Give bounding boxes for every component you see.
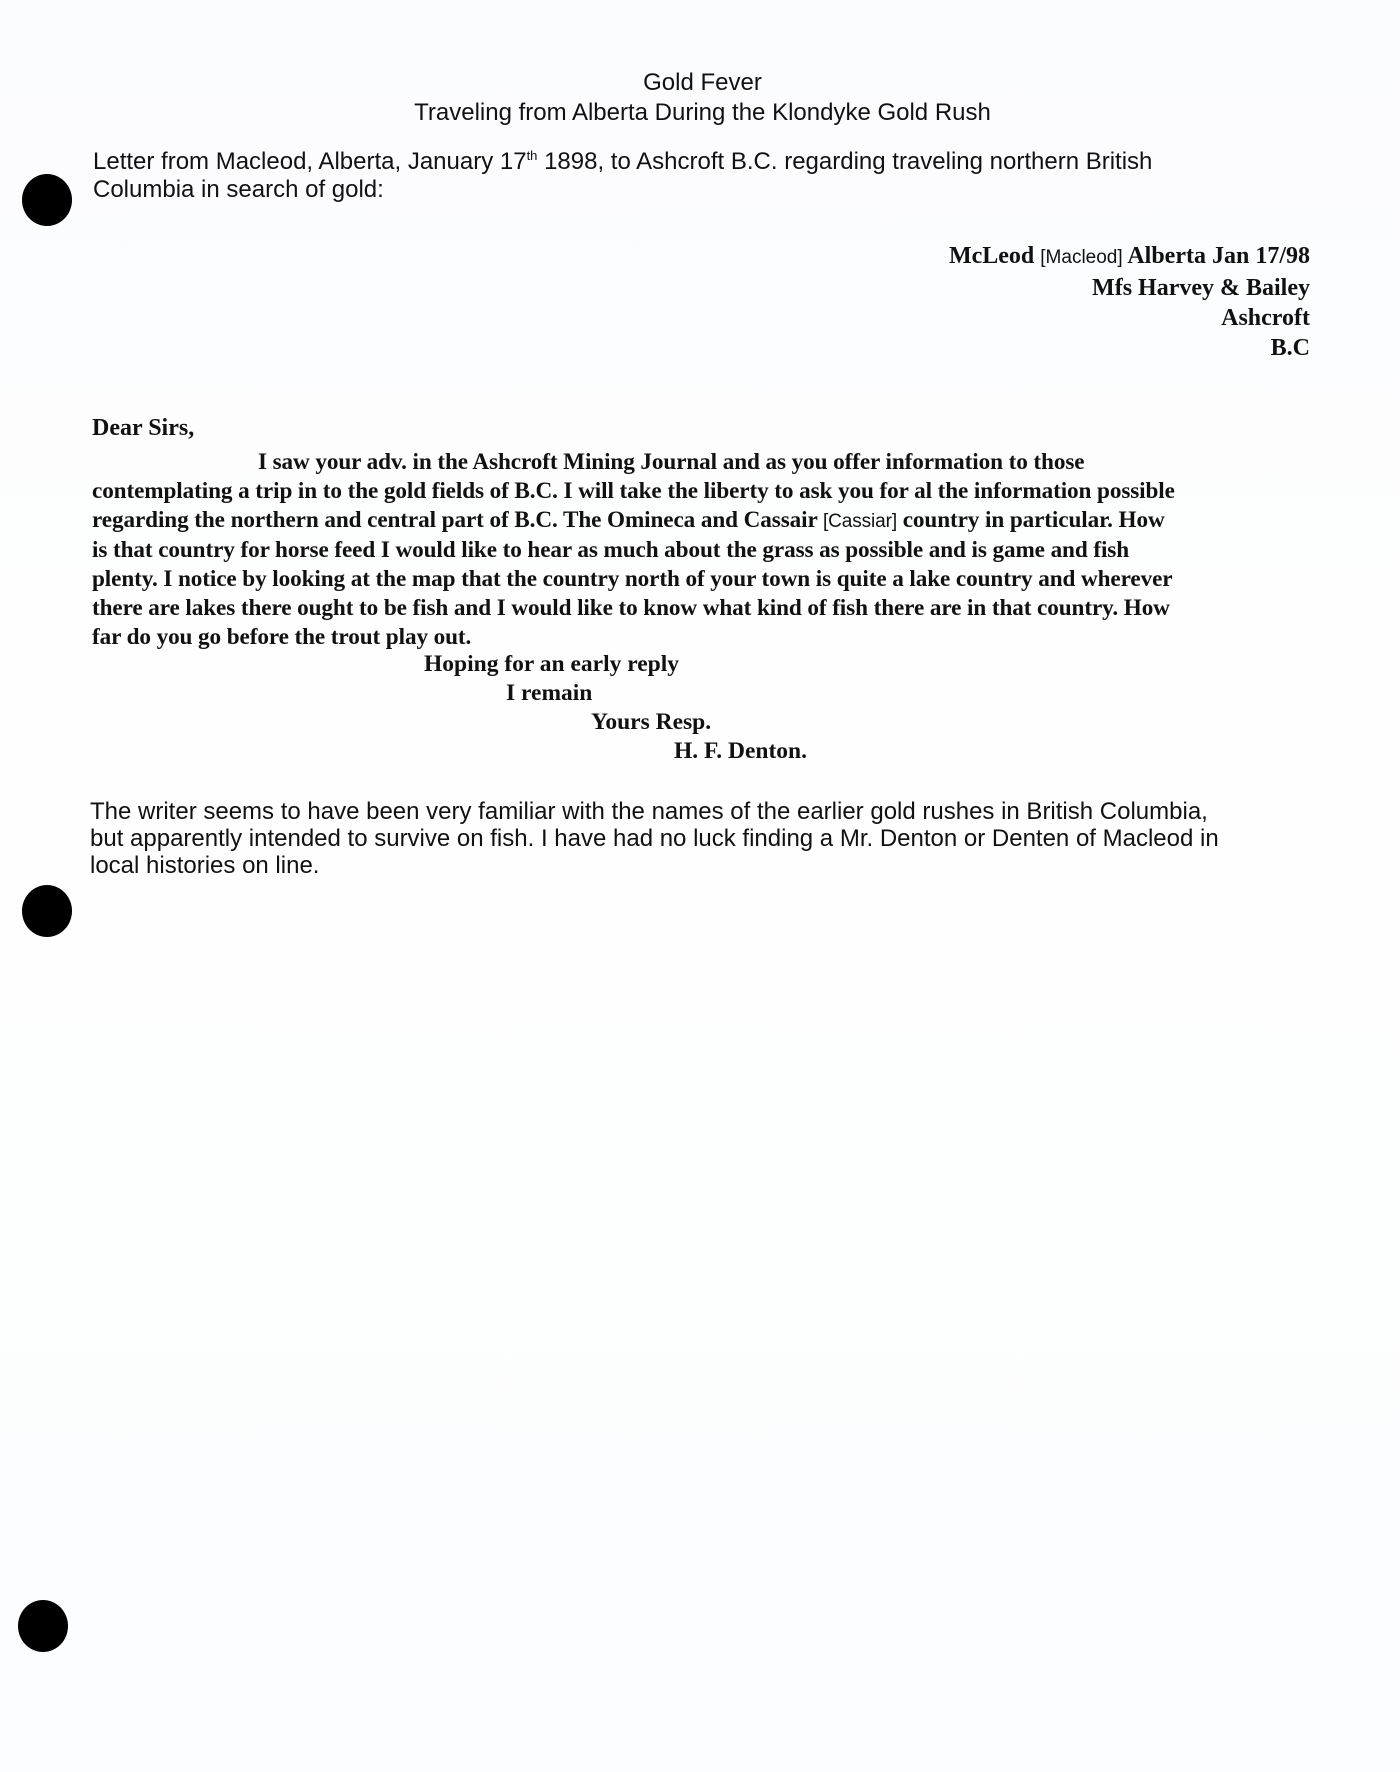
address-line-province: B.C (949, 333, 1310, 363)
document-subtitle: Traveling from Alberta During the Klondy… (5, 98, 1400, 128)
closing-line: I remain (0, 679, 807, 708)
address-line-place-date: McLeod [Macleod] Alberta Jan 17/98 (949, 241, 1310, 273)
punch-hole-middle (22, 885, 72, 937)
address-line-town: Ashcroft (949, 303, 1310, 333)
intro-line-2: Columbia in search of gold: (93, 176, 1353, 204)
commentary-line: The writer seems to have been very famil… (90, 798, 1350, 825)
letter-closing: Hoping for an early reply I remain Yours… (0, 650, 807, 766)
intro-paragraph: Letter from Macleod, Alberta, January 17… (93, 148, 1353, 204)
punch-hole-bottom (18, 1600, 68, 1652)
ordinal-suffix: th (527, 148, 538, 163)
address-line-recipient: Mfs Harvey & Bailey (949, 273, 1310, 303)
punch-hole-top (22, 174, 72, 226)
intro-line-1: Letter from Macleod, Alberta, January 17… (93, 148, 1353, 176)
commentary-line: but apparently intended to survive on fi… (90, 825, 1350, 852)
editorial-bracket: [Macleod] (1040, 247, 1122, 268)
letter-line: plenty. I notice by looking at the map t… (92, 565, 1342, 594)
editorial-bracket: [Cassiar] (823, 511, 897, 532)
letter-body: I saw your adv. in the Ashcroft Mining J… (92, 448, 1342, 652)
address-place: McLeod (949, 243, 1040, 269)
letter-line: contemplating a trip in to the gold fiel… (92, 477, 1342, 506)
letter-line: regarding the northern and central part … (92, 506, 1342, 536)
closing-line: Yours Resp. (0, 708, 807, 737)
intro-text: Letter from Macleod, Alberta, January 17 (93, 148, 527, 175)
letter-line: I saw your adv. in the Ashcroft Mining J… (92, 448, 1342, 477)
letter-line-text: country in particular. How (897, 507, 1165, 533)
intro-text-cont: 1898, to Ashcroft B.C. regarding traveli… (537, 148, 1152, 175)
letter-address-block: McLeod [Macleod] Alberta Jan 17/98 Mfs H… (949, 241, 1310, 363)
letter-line: there are lakes there ought to be fish a… (92, 594, 1342, 623)
letter-salutation: Dear Sirs, (92, 414, 194, 442)
letter-line-text: regarding the northern and central part … (92, 507, 823, 533)
letter-line: far do you go before the trout play out. (92, 623, 1342, 652)
document-page: Gold Fever Traveling from Alberta During… (0, 0, 1400, 1772)
commentary-line: local histories on line. (90, 852, 1350, 879)
title-block: Gold Fever Traveling from Alberta During… (0, 68, 1400, 128)
letter-line: is that country for horse feed I would l… (92, 536, 1342, 565)
closing-line: Hoping for an early reply (0, 650, 807, 679)
commentary-paragraph: The writer seems to have been very famil… (90, 798, 1350, 879)
address-date: Alberta Jan 17/98 (1123, 243, 1310, 269)
signature: H. F. Denton. (0, 737, 807, 766)
document-title: Gold Fever (5, 68, 1400, 98)
